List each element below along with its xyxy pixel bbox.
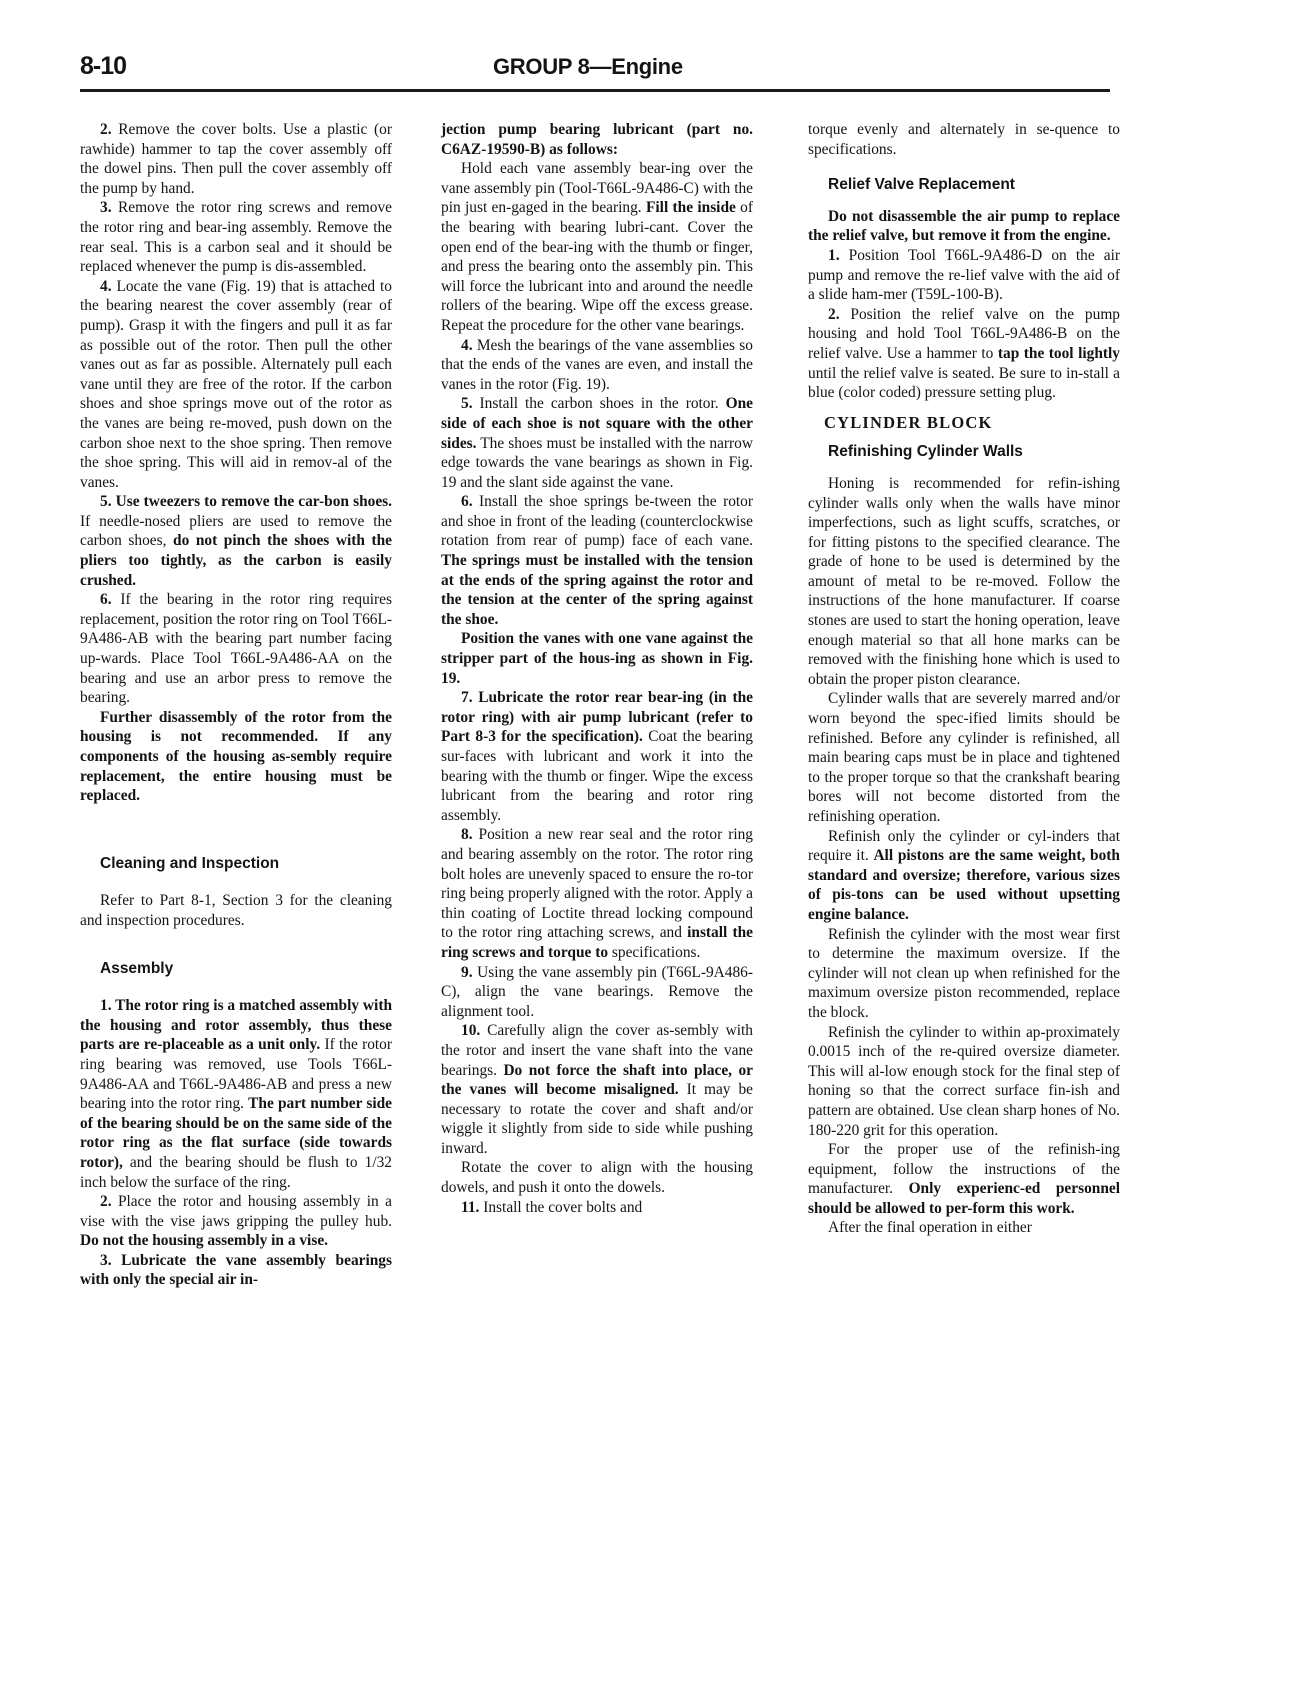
body-paragraph: 9. Using the vane assembly pin (T66L-9A4…: [441, 963, 753, 1022]
body-paragraph: torque evenly and alternately in se-quen…: [808, 120, 1120, 159]
bold-text-run: 8.: [461, 826, 473, 843]
text-run: Refinish the cylinder to within ap-proxi…: [808, 1024, 1120, 1139]
bold-text-run: Fill the inside: [646, 199, 736, 216]
body-paragraph: Honing is recommended for refin-ishing c…: [808, 474, 1120, 690]
text-run: Cylinder walls that are severely marred …: [808, 690, 1120, 825]
page-number: 8-10: [80, 52, 126, 81]
text-run: and the bearing should be flush to 1/32 …: [80, 1154, 392, 1191]
text-run: After the final operation in either: [828, 1219, 1032, 1236]
text-run: of the bearing with bearing lubri-cant. …: [441, 199, 753, 334]
body-paragraph: 7. Lubricate the rotor rear bear-ing (in…: [441, 688, 753, 825]
text-run: Mesh the bearings of the vane assemblies…: [441, 337, 753, 393]
bold-text-run: 2.: [828, 306, 840, 323]
bold-text-run: 4.: [461, 337, 473, 354]
section-heading: CYLINDER BLOCK: [824, 413, 1120, 433]
body-paragraph: 6. If the bearing in the rotor ring requ…: [80, 590, 392, 708]
bold-text-run: 5. Use tweezers to remove the car-bon sh…: [100, 493, 392, 510]
body-paragraph: Do not disassemble the air pump to repla…: [808, 207, 1120, 246]
section-heading: Cleaning and Inspection: [100, 854, 392, 874]
bold-text-run: 4.: [100, 278, 112, 295]
text-column-middle: jection pump bearing lubricant (part no.…: [441, 120, 753, 1217]
text-run: Install the cover bolts and: [479, 1199, 642, 1216]
section-heading: Assembly: [100, 959, 392, 979]
body-paragraph: 5. Install the carbon shoes in the rotor…: [441, 394, 753, 492]
bold-text-run: tap the tool lightly: [998, 345, 1120, 362]
body-paragraph: 4. Locate the vane (Fig. 19) that is att…: [80, 277, 392, 493]
body-paragraph: 2. Position the relief valve on the pump…: [808, 305, 1120, 403]
text-run: specifications.: [608, 944, 700, 961]
bold-text-run: Do not the housing assembly in a vise.: [80, 1232, 328, 1249]
section-heading: Relief Valve Replacement: [828, 175, 1120, 195]
bold-text-run: 2.: [100, 1193, 112, 1210]
body-paragraph: 2. Remove the cover bolts. Use a plastic…: [80, 120, 392, 198]
text-run: If the bearing in the rotor ring require…: [80, 591, 392, 706]
body-paragraph: Rotate the cover to align with the housi…: [441, 1158, 753, 1197]
bold-text-run: The springs must be installed with the t…: [441, 552, 753, 628]
text-run: The shoes must be installed with the nar…: [441, 435, 753, 491]
body-paragraph: Position the vanes with one vane against…: [441, 629, 753, 688]
bold-text-run: 11.: [461, 1199, 479, 1216]
bold-text-run: jection pump bearing lubricant (part no.…: [441, 121, 753, 158]
body-paragraph: Further disassembly of the rotor from th…: [80, 708, 392, 806]
section-heading: Refinishing Cylinder Walls: [828, 442, 1120, 462]
body-paragraph: 11. Install the cover bolts and: [441, 1198, 753, 1218]
body-paragraph: 3. Lubricate the vane assembly bearings …: [80, 1251, 392, 1290]
text-run: Position Tool T66L-9A486-D on the air pu…: [808, 247, 1120, 303]
text-run: Rotate the cover to align with the housi…: [441, 1159, 753, 1196]
text-run: Remove the cover bolts. Use a plastic (o…: [80, 121, 392, 197]
body-paragraph: 10. Carefully align the cover as-sembly …: [441, 1021, 753, 1158]
body-paragraph: 8. Position a new rear seal and the roto…: [441, 825, 753, 962]
text-column-right: torque evenly and alternately in se-quen…: [808, 120, 1120, 1238]
body-paragraph: 4. Mesh the bearings of the vane assembl…: [441, 336, 753, 395]
bold-text-run: 6.: [100, 591, 112, 608]
body-paragraph: Refer to Part 8-1, Section 3 for the cle…: [80, 891, 392, 930]
body-paragraph: Cylinder walls that are severely marred …: [808, 689, 1120, 826]
bold-text-run: 9.: [461, 964, 473, 981]
bold-text-run: 3.: [100, 199, 112, 216]
bold-text-run: 5.: [461, 395, 473, 412]
text-run: Honing is recommended for refin-ishing c…: [808, 475, 1120, 688]
bold-text-run: 3. Lubricate the vane assembly bearings …: [80, 1252, 392, 1289]
body-paragraph: 2. Place the rotor and housing assembly …: [80, 1192, 392, 1251]
bold-text-run: 1.: [828, 247, 840, 264]
bold-text-run: Further disassembly of the rotor from th…: [80, 709, 392, 804]
body-paragraph: 6. Install the shoe springs be-tween the…: [441, 492, 753, 629]
body-paragraph: 5. Use tweezers to remove the car-bon sh…: [80, 492, 392, 590]
body-paragraph: jection pump bearing lubricant (part no.…: [441, 120, 753, 159]
text-run: Locate the vane (Fig. 19) that is attach…: [80, 278, 392, 491]
body-paragraph: 1. The rotor ring is a matched assembly …: [80, 996, 392, 1192]
body-paragraph: Refinish the cylinder to within ap-proxi…: [808, 1023, 1120, 1141]
header-rule: [80, 89, 1110, 92]
bold-text-run: 10.: [461, 1022, 480, 1039]
text-run: Refinish the cylinder with the most wear…: [808, 926, 1120, 1021]
text-run: Refer to Part 8-1, Section 3 for the cle…: [80, 892, 392, 929]
body-paragraph: Refinish the cylinder with the most wear…: [808, 925, 1120, 1023]
bold-text-run: Do not disassemble the air pump to repla…: [808, 208, 1120, 245]
bold-text-run: 2.: [100, 121, 112, 138]
body-paragraph: 3. Remove the rotor ring screws and remo…: [80, 198, 392, 276]
text-run: Place the rotor and housing assembly in …: [80, 1193, 392, 1230]
body-paragraph: 1. Position Tool T66L-9A486-D on the air…: [808, 246, 1120, 305]
body-paragraph: After the final operation in either: [808, 1218, 1120, 1238]
text-run: Remove the rotor ring screws and remove …: [80, 199, 392, 275]
text-run: Install the carbon shoes in the rotor.: [473, 395, 726, 412]
text-run: until the relief valve is seated. Be sur…: [808, 365, 1120, 402]
text-run: Install the shoe springs be-tween the ro…: [441, 493, 753, 549]
running-head: GROUP 8—Engine: [493, 54, 683, 80]
text-column-left: 2. Remove the cover bolts. Use a plastic…: [80, 120, 392, 1290]
text-run: torque evenly and alternately in se-quen…: [808, 121, 1120, 158]
bold-text-run: Position the vanes with one vane against…: [441, 630, 753, 686]
bold-text-run: 6.: [461, 493, 473, 510]
body-paragraph: For the proper use of the refinish-ing e…: [808, 1140, 1120, 1218]
text-run: Using the vane assembly pin (T66L-9A486-…: [441, 964, 753, 1020]
body-paragraph: Hold each vane assembly bear-ing over th…: [441, 159, 753, 335]
body-paragraph: Refinish only the cylinder or cyl-inders…: [808, 827, 1120, 925]
